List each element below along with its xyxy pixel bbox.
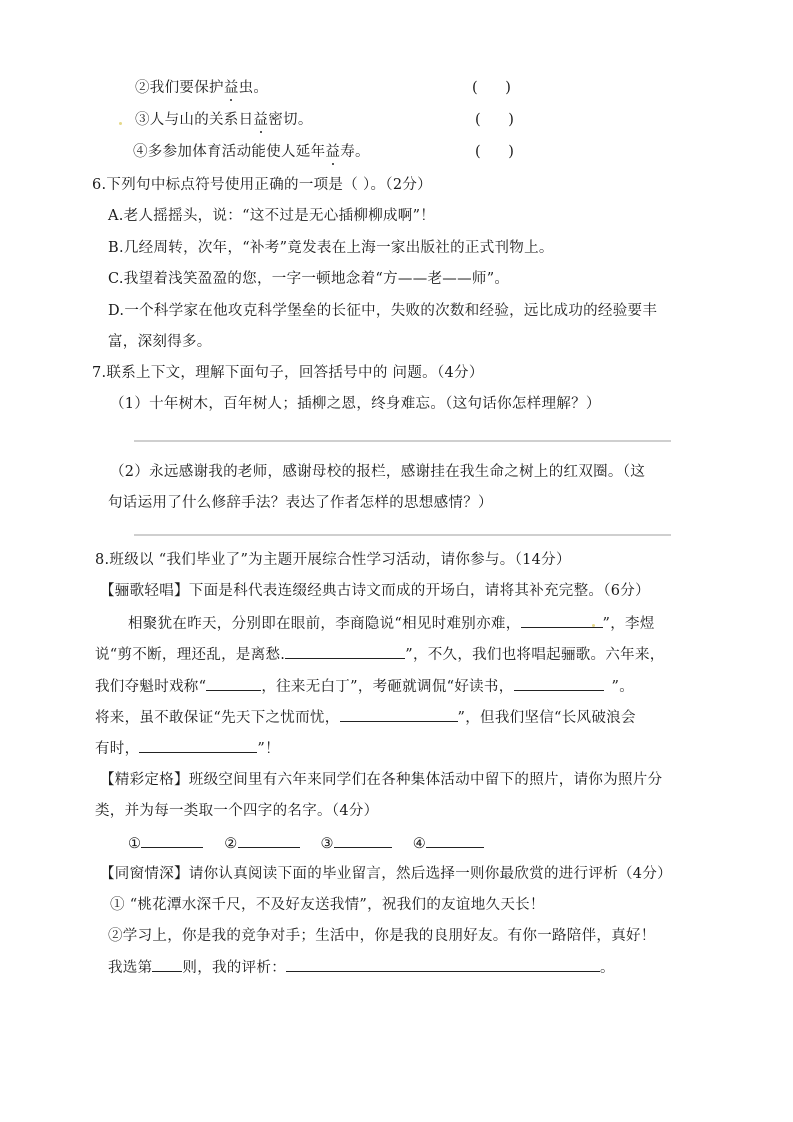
blank-5[interactable] (340, 707, 458, 722)
q5-answer-paren-4[interactable]: ( ) (475, 142, 514, 162)
q6-option-d: D.一个科学家在他攻克科学堡垒的长征中，失败的次数和经验，远比成功的经验要丰 (108, 301, 657, 321)
q8-part1-header: 【骊歌轻唱】下面是科代表连缀经典古诗文而成的开场白，请将其补充完整。（6分） (100, 581, 650, 601)
q8-part3-choice: 我选第则，我的评析：。 (108, 957, 615, 978)
q8-part3-msg2: ②学习上，你是我的竞争对手；生活中，你是我的良朋好友。有你一路陪伴，真好！ (108, 926, 656, 946)
q8-part1-line1: 相聚犹在昨天，分别即在眼前，李商隐说“相见时难别亦难，”，李煜 (128, 613, 655, 634)
blank-2[interactable] (285, 644, 405, 659)
blank-3[interactable] (206, 676, 261, 691)
q8-part1-line4: 将来，虽不敢保证“先天下之忧而忧，”，但我们坚信“长风破浪会 (95, 707, 636, 728)
blank-6[interactable] (139, 738, 257, 753)
q8-stem: 8.班级以 “我们毕业了”为主题开展综合性学习活动，请你参与。（14分） (95, 550, 571, 570)
q7-answer-line-1[interactable] (134, 440, 671, 442)
q7-sub2-line1: （2）永远感谢我的老师，感谢母校的报栏，感谢挂在我生命之树上的红双圈。（这 (110, 462, 645, 482)
q6-option-c: C.我望着浅笑盈盈的您，一字一顿地念着“方——老——师”。 (108, 269, 509, 289)
q5-answer-paren-3[interactable]: ( ) (475, 110, 514, 130)
name-blank-4[interactable] (426, 833, 484, 848)
q8-part3-header: 【同窗情深】请你认真阅读下面的毕业留言，然后选择一则你最欣赏的进行评析（4分） (100, 864, 672, 884)
q6-option-b: B.几经周转，次年，“补考”竟发表在上海一家出版社的正式刊物上。 (108, 238, 554, 258)
name-blank-3[interactable] (334, 833, 392, 848)
q5-item-2: ②我们要保护益虫。 (135, 78, 268, 98)
q7-sub2-line2: 句话运用了什么修辞手法？表达了作者怎样的思想感情？） (108, 493, 493, 513)
q5-answer-paren-2[interactable]: ( ) (472, 78, 511, 98)
name-blank-1[interactable] (141, 833, 203, 848)
q7-sub1: （1）十年树木，百年树人；插柳之恩，终身难忘。（这句话你怎样理解？） (110, 394, 601, 414)
q7-stem: 7.联系上下文，理解下面句子，回答括号中的 问题。（4分） (92, 363, 484, 383)
q8-part1-title: 【骊歌轻唱】 (100, 583, 189, 599)
q8-part3-title: 【同窗情深】 (100, 866, 189, 882)
q5-item-3: ③人与山的关系日益密切。 (135, 110, 313, 130)
q8-part1-line5: 有时，”！ (95, 738, 280, 759)
q8-part2-title: 【精彩定格】 (100, 772, 189, 788)
speck (592, 624, 595, 627)
q5-item-4: ④多参加体育活动能使人延年益寿。 (133, 142, 370, 162)
q8-part3-msg1: ① “桃花潭水深千尺，不及好友送我情”，祝我们的友谊地久天长！ (110, 895, 545, 915)
blank-4[interactable] (514, 676, 604, 691)
choice-number-blank[interactable] (152, 957, 182, 972)
q6-option-d-cont: 富，深刻得多。 (108, 332, 212, 352)
name-blank-2[interactable] (238, 833, 300, 848)
q8-part1-line3: 我们夺魁时戏称“，往来无白丁”，考砸就调侃“好读书，”。 (95, 676, 634, 697)
q6-stem: 6.下列句中标点符号使用正确的一项是（ ）。（2分） (92, 175, 432, 195)
blank-1[interactable] (521, 613, 603, 628)
speck (119, 122, 122, 125)
evaluation-blank[interactable] (286, 957, 600, 972)
q8-part2-line2: 类，并为每一类取一个四字的名字。（4分） (95, 801, 378, 821)
q6-option-a: A.老人摇摇头，说：“这不过是无心插柳柳成啊”！ (108, 206, 435, 226)
q8-part2-slots: ① ② ③ ④ (128, 833, 484, 854)
q8-part2-header: 【精彩定格】班级空间里有六年来同学们在各种集体活动中留下的照片，请你为照片分 (100, 770, 662, 790)
q8-part1-line2: 说“剪不断，理还乱，是离愁.”，不久，我们也将唱起骊歌。六年来， (95, 644, 665, 665)
q7-answer-line-2[interactable] (134, 534, 671, 536)
